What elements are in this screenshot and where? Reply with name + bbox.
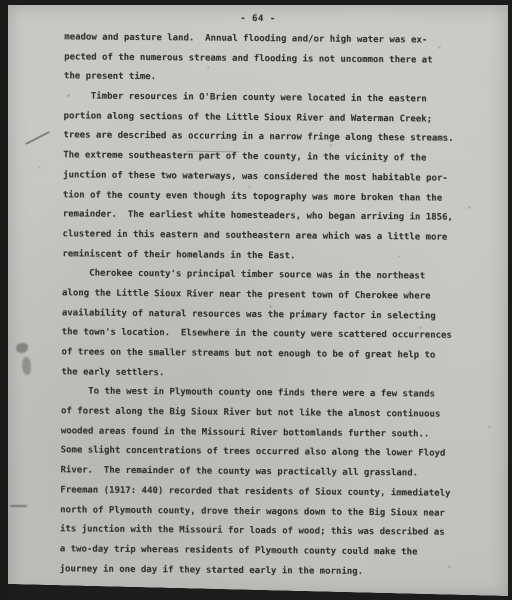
text-line: journey in one day if they started early…	[60, 560, 458, 583]
page-number: - 64 -	[53, 10, 462, 28]
scanned-document-page: - 64 - meadow and pasture land. Annual f…	[0, 0, 512, 600]
text-line: Freeman (1917: 440) recorded that reside…	[60, 481, 458, 504]
ink-smudge	[16, 343, 28, 353]
typed-text-block: - 64 - meadow and pasture land. Annual f…	[60, 10, 463, 583]
text-line: junction of these two waterways, was con…	[63, 166, 461, 189]
ink-smudge	[22, 357, 31, 375]
scan-edge-shadow	[8, 584, 508, 596]
pencil-mark	[25, 131, 50, 145]
scan-scratch-mark	[10, 505, 27, 507]
page-text: meadow and pasture land. Annual flooding…	[60, 28, 463, 583]
paper-sheet: - 64 - meadow and pasture land. Annual f…	[8, 5, 508, 596]
paper-speckles	[8, 5, 9, 6]
